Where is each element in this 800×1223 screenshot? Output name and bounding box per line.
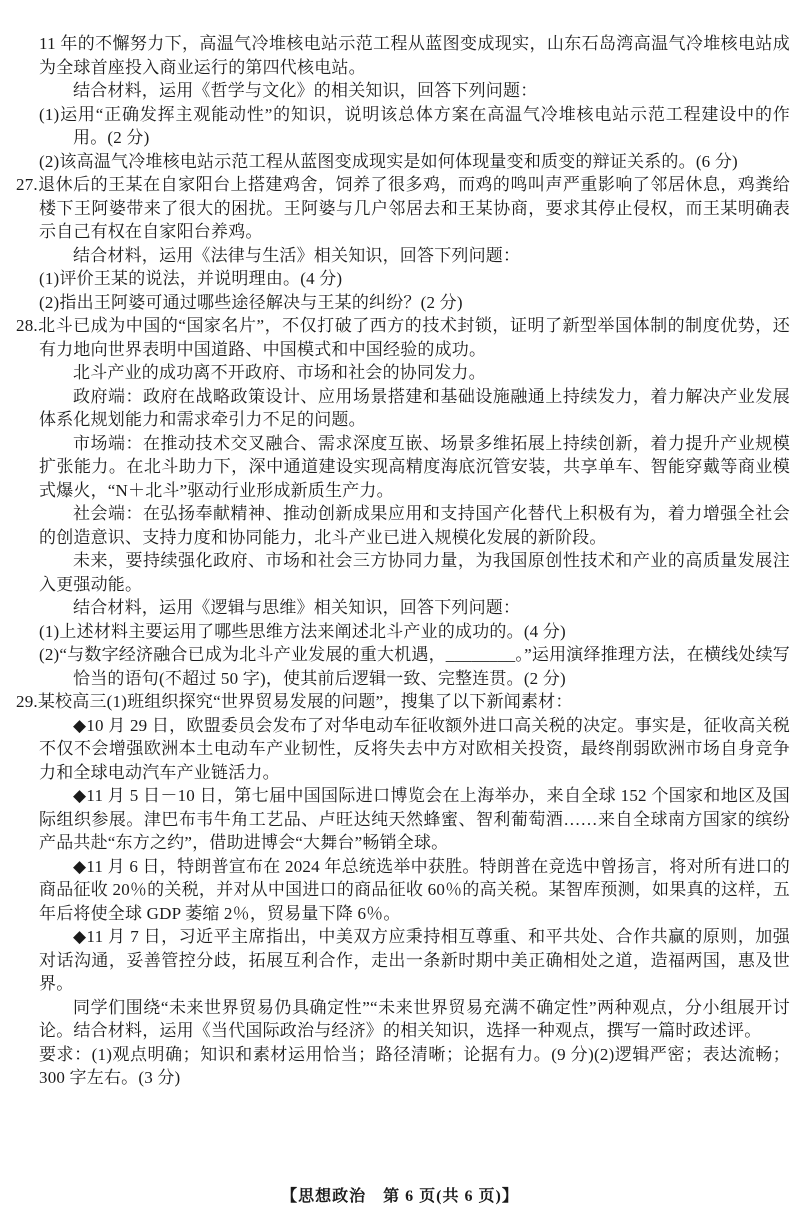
q28-part-2: (2)“与数字经济融合已成为北斗产业发展的重大机遇，________。”运用演绎… [16,643,790,690]
q27-part-2: (2)指出王阿婆可通过哪些途径解决与王某的纠纷？(2 分) [16,291,790,315]
question-29: 29.某校高三(1)班组织探究“世界贸易发展的问题”，搜集了以下新闻素材： [16,690,790,714]
exam-page-content: 11 年的不懈努力下，高温气冷堆核电站示范工程从蓝图变成现实，山东石岛湾高温气冷… [16,32,790,1090]
question-29-number: 29. [16,692,38,711]
question-28-text: 北斗已成为中国的“国家名片”，不仅打破了西方的技术封锁，证明了新型举国体制的制度… [38,316,790,359]
q28-part-1: (1)上述材料主要运用了哪些思维方法来阐述北斗产业的成功的。(4 分) [16,620,790,644]
q29-news-nov5: ◆11 月 5 日－10 日，第七届中国国际进口博览会在上海举办，来自全球 15… [16,784,790,855]
question-28-number: 28. [16,316,38,335]
q26-part-1: (1)运用“正确发挥主观能动性”的知识，说明该总体方案在高温气冷堆核电站示范工程… [16,103,790,150]
q26-instruction: 结合材料，运用《哲学与文化》的相关知识，回答下列问题： [16,79,790,103]
q28-instruction: 结合材料，运用《逻辑与思维》相关知识，回答下列问题： [16,596,790,620]
q28-market-side: 市场端：在推动技术交叉融合、需求深度互嵌、场景多维拓展上持续创新，着力提升产业规… [16,432,790,503]
q28-government-side: 政府端：政府在战略政策设计、应用场景搭建和基础设施融通上持续发力，着力解决产业发… [16,385,790,432]
q27-part-1: (1)评价王某的说法，并说明理由。(4 分) [16,267,790,291]
q29-news-nov6: ◆11 月 6 日，特朗普宣布在 2024 年总统选举中获胜。特朗普在竞选中曾扬… [16,855,790,926]
question-27-text: 退休后的王某在自家阳台上搭建鸡舍，饲养了很多鸡，而鸡的鸣叫声严重影响了邻居休息，… [38,175,790,241]
question-29-text: 某校高三(1)班组织探究“世界贸易发展的问题”，搜集了以下新闻素材： [38,692,573,711]
question-27: 27.退休后的王某在自家阳台上搭建鸡舍，饲养了很多鸡，而鸡的鸣叫声严重影响了邻居… [16,173,790,244]
q29-task: 同学们围绕“未来世界贸易仍具确定性”“未来世界贸易充满不确定性”两种观点，分小组… [16,996,790,1043]
question-28: 28.北斗已成为中国的“国家名片”，不仅打破了西方的技术封锁，证明了新型举国体制… [16,314,790,361]
q28-society-side: 社会端：在弘扬奉献精神、推动创新成果应用和支持国产化替代上积极有为，着力增强全社… [16,502,790,549]
q27-instruction: 结合材料，运用《法律与生活》相关知识，回答下列问题： [16,244,790,268]
q26-part-2: (2)该高温气冷堆核电站示范工程从蓝图变成现实是如何体现量变和质变的辩证关系的。… [16,150,790,174]
q29-news-oct29: ◆10 月 29 日，欧盟委员会发布了对华电动车征收额外进口高关税的决定。事实是… [16,714,790,785]
q28-intro: 北斗产业的成功离不开政府、市场和社会的协同发力。 [16,361,790,385]
page-footer: 【思想政治 第 6 页(共 6 页)】 [0,1183,800,1206]
q26-material-continuation: 11 年的不懈努力下，高温气冷堆核电站示范工程从蓝图变成现实，山东石岛湾高温气冷… [16,32,790,79]
q28-future: 未来，要持续强化政府、市场和社会三方协同力量，为我国原创性技术和产业的高质量发展… [16,549,790,596]
q29-requirements: 要求：(1)观点明确；知识和素材运用恰当；路径清晰；论据有力。(9 分)(2)逻… [16,1043,790,1090]
question-27-number: 27. [16,175,38,194]
q29-news-nov7: ◆11 月 7 日，习近平主席指出，中美双方应秉持相互尊重、和平共处、合作共赢的… [16,925,790,996]
